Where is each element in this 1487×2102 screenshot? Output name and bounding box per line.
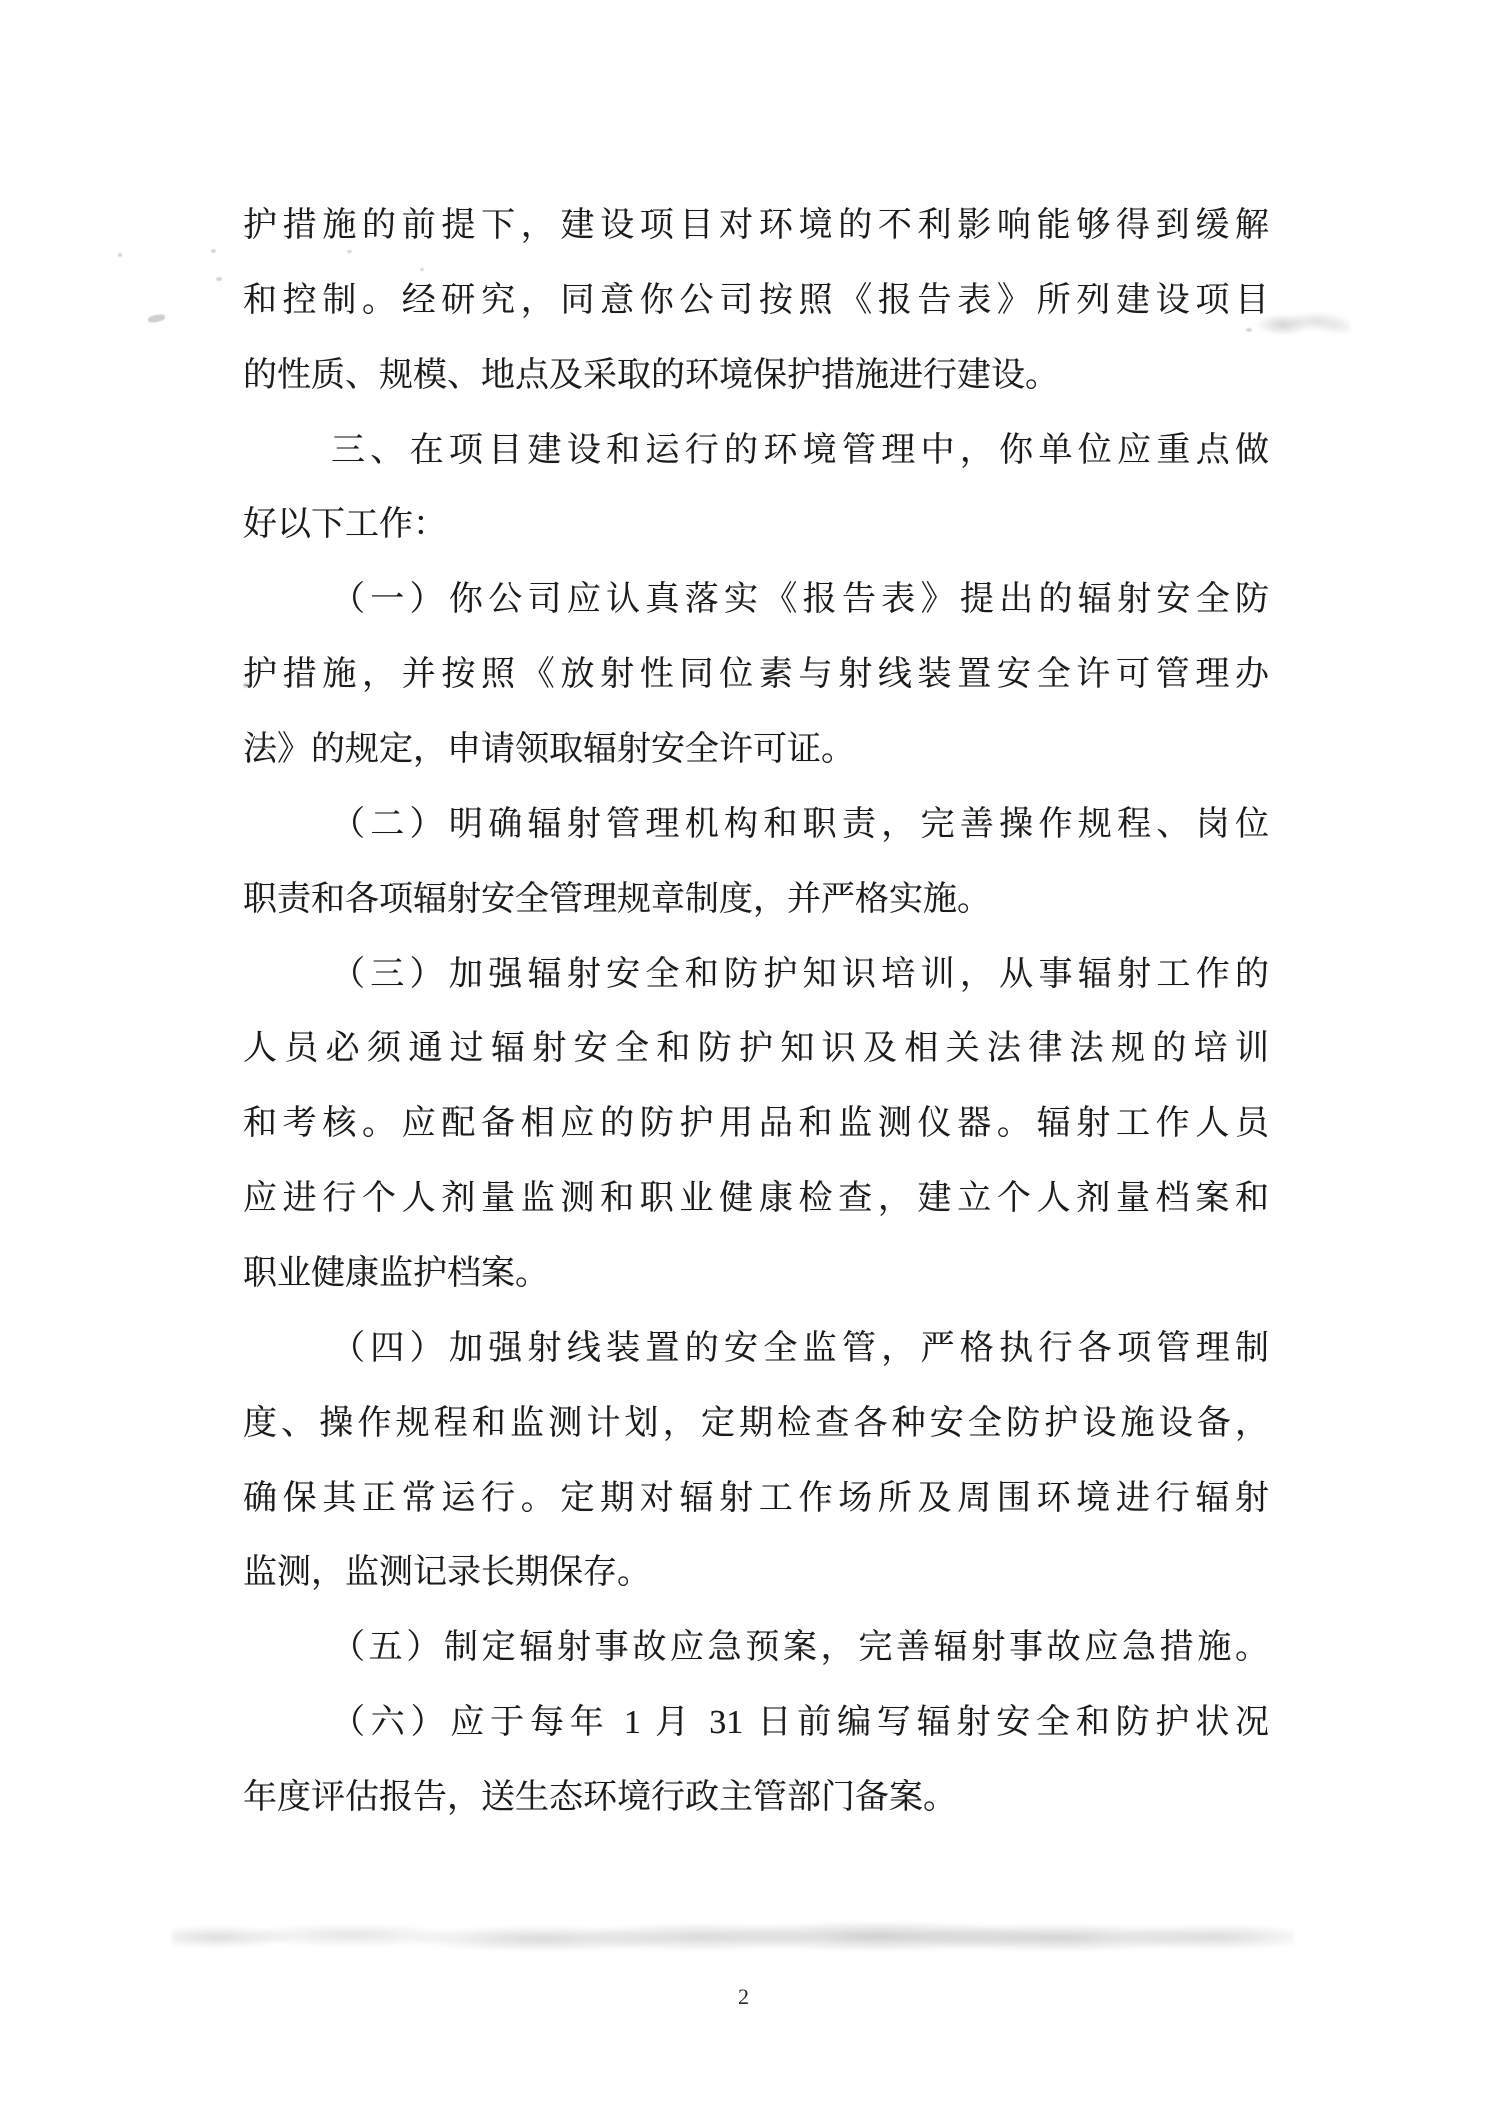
text-line: 应进行个人剂量监测和职业健康检查，建立个人剂量档案和 bbox=[243, 1162, 1269, 1237]
text-line: 法》的规定，申请领取辐射安全许可证。 bbox=[243, 713, 1269, 788]
text-line: 的性质、规模、地点及采取的环境保护措施进行建设。 bbox=[243, 339, 1269, 414]
scan-speck bbox=[147, 313, 165, 323]
text-line: 监测，监测记录长期保存。 bbox=[243, 1536, 1269, 1611]
page-number: 2 bbox=[0, 1982, 1487, 2012]
text-line: 度、操作规程和监测计划，定期检查各种安全防护设施设备， bbox=[243, 1387, 1269, 1462]
text-line: 护措施的前提下，建设项目对环境的不利影响能够得到缓解 bbox=[243, 189, 1269, 264]
scan-speck bbox=[211, 249, 216, 253]
text-line: 年度评估报告，送生态环境行政主管部门备案。 bbox=[243, 1761, 1269, 1836]
scan-smudge-band-bottom bbox=[172, 1920, 1294, 1954]
text-line: （二）明确辐射管理机构和职责，完善操作规程、岗位 bbox=[243, 788, 1269, 863]
text-line: 确保其正常运行。定期对辐射工作场所及周围环境进行辐射 bbox=[243, 1462, 1269, 1537]
text-line: 和考核。应配备相应的防护用品和监测仪器。辐射工作人员 bbox=[243, 1087, 1269, 1162]
scan-smudge-right bbox=[1254, 306, 1350, 340]
scan-speck bbox=[243, 683, 250, 688]
text-line: 人员必须通过辐射安全和防护知识及相关法律法规的培训 bbox=[243, 1012, 1269, 1087]
text-line: （五）制定辐射事故应急预案，完善辐射事故应急措施。 bbox=[243, 1611, 1269, 1686]
text-line: 职责和各项辐射安全管理规章制度，并严格实施。 bbox=[243, 863, 1269, 938]
text-line: 职业健康监护档案。 bbox=[243, 1237, 1269, 1312]
text-line: （三）加强辐射安全和防护知识培训，从事辐射工作的 bbox=[243, 938, 1269, 1013]
text-line: 好以下工作： bbox=[243, 488, 1269, 563]
scan-speck bbox=[118, 253, 122, 257]
text-line: 和控制。经研究，同意你公司按照《报告表》所列建设项目 bbox=[243, 264, 1269, 339]
text-line: （四）加强射线装置的安全监管，严格执行各项管理制 bbox=[243, 1312, 1269, 1387]
scan-speck bbox=[216, 277, 222, 281]
scan-speck bbox=[347, 250, 352, 253]
text-line: 护措施，并按照《放射性同位素与射线装置安全许可管理办 bbox=[243, 638, 1269, 713]
document-body: 护措施的前提下，建设项目对环境的不利影响能够得到缓解和控制。经研究，同意你公司按… bbox=[243, 189, 1269, 1836]
text-line: （一）你公司应认真落实《报告表》提出的辐射安全防 bbox=[243, 563, 1269, 638]
scan-speck bbox=[1246, 328, 1252, 332]
scanned-document-page: 护措施的前提下，建设项目对环境的不利影响能够得到缓解和控制。经研究，同意你公司按… bbox=[0, 0, 1487, 2102]
text-line: 三、在项目建设和运行的环境管理中，你单位应重点做 bbox=[243, 414, 1269, 489]
text-line: （六）应于每年 1 月 31 日前编写辐射安全和防护状况 bbox=[243, 1686, 1269, 1761]
scan-speck bbox=[420, 268, 424, 271]
